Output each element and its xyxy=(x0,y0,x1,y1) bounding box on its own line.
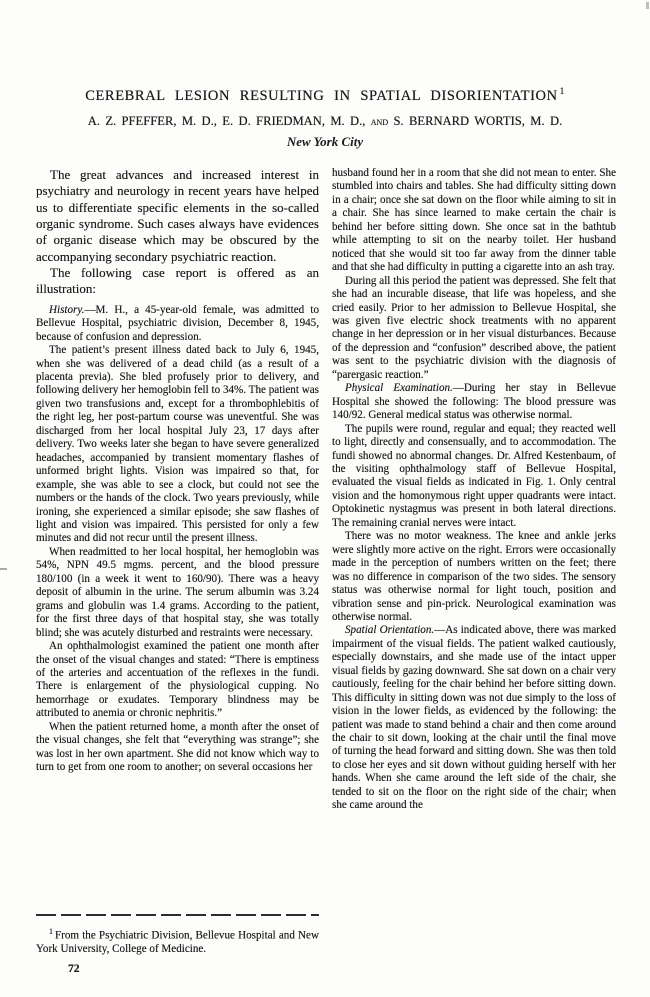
case-paragraph-continuation: husband found her in a room that she did… xyxy=(332,167,616,275)
history-lead: History. xyxy=(49,304,84,316)
article-header: CEREBRAL LESION RESULTING IN SPATIAL DIS… xyxy=(0,86,650,150)
physical-examination-lead: Physical Examination. xyxy=(345,382,453,394)
case-paragraph: During all this period the patient was d… xyxy=(332,275,616,383)
authors-part2: S. BERNARD WORTIS, M. D. xyxy=(388,114,562,128)
authors-part1: A. Z. PFEFFER, M. D., E. D. FRIEDMAN, M.… xyxy=(88,114,371,128)
footnote-block: 1From the Psychiatric Division, Bellevue… xyxy=(36,914,319,975)
footnote: 1From the Psychiatric Division, Bellevue… xyxy=(36,925,319,957)
case-paragraph-history: History.—M. H., a 45-year-old female, wa… xyxy=(36,304,319,344)
footnote-text: From the Psychiatric Division, Bellevue … xyxy=(36,930,319,955)
case-paragraph: When the patient returned home, a month … xyxy=(36,721,319,775)
case-paragraph: The patient’s present illness dated back… xyxy=(36,344,319,546)
title-footnote-marker: 1 xyxy=(560,86,565,96)
case-paragraph-spatial-orientation: Spatial Orientation.—As indicated above,… xyxy=(332,624,616,812)
case-paragraph-physical-examination: Physical Examination.—During her stay in… xyxy=(332,382,616,422)
article-title: CEREBRAL LESION RESULTING IN SPATIAL DIS… xyxy=(0,86,650,105)
right-column: husband found her in a room that she did… xyxy=(332,167,616,813)
footnote-marker: 1 xyxy=(49,927,53,936)
case-paragraph: When readmitted to her local hospital, h… xyxy=(36,546,319,640)
article-title-text: CEREBRAL LESION RESULTING IN SPATIAL DIS… xyxy=(85,88,557,104)
left-column: The great advances and increased interes… xyxy=(36,167,319,775)
article-location: New York City xyxy=(0,134,650,150)
footnote-rule xyxy=(36,914,319,916)
article-authors: A. Z. PFEFFER, M. D., E. D. FRIEDMAN, M.… xyxy=(0,114,650,129)
scan-artifact xyxy=(646,2,649,9)
case-paragraph: There was no motor weakness. The knee an… xyxy=(332,530,616,624)
case-paragraph: The pupils were round, regular and equal… xyxy=(332,423,616,531)
journal-page: CEREBRAL LESION RESULTING IN SPATIAL DIS… xyxy=(0,0,650,997)
spatial-orientation-lead: Spatial Orientation. xyxy=(345,624,434,636)
spatial-orientation-text: —As indicated above, there was marked im… xyxy=(332,624,616,811)
intro-paragraph: The great advances and increased interes… xyxy=(36,167,319,265)
authors-and: and xyxy=(371,116,388,128)
case-paragraph: An ophthalmologist examined the patient … xyxy=(36,640,319,721)
scan-artifact xyxy=(0,568,7,570)
intro-paragraph: The following case report is offered as … xyxy=(36,265,319,298)
page-number: 72 xyxy=(68,962,319,975)
